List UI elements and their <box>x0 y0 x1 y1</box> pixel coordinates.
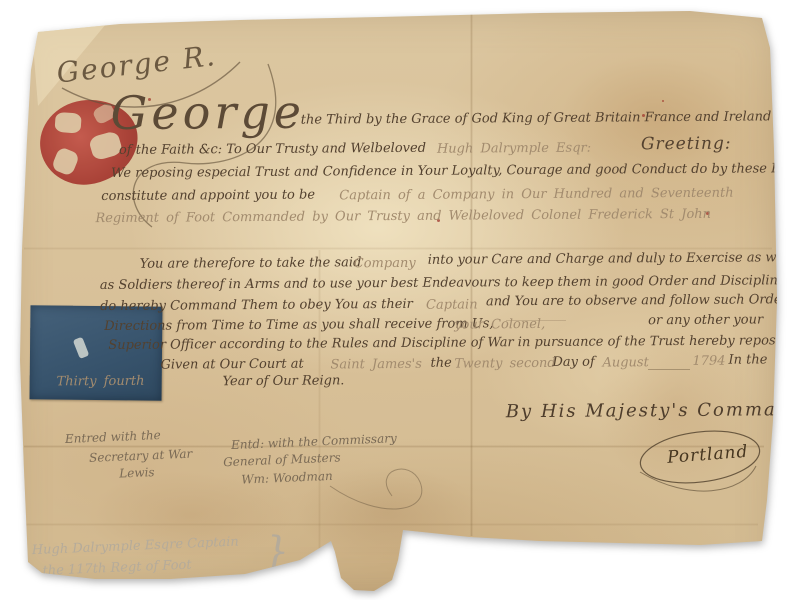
royal-sign-manual: George R. <box>55 39 218 90</box>
dateline-the: the <box>430 356 451 371</box>
document-photo: George R. George the Third by the Grace … <box>0 0 788 600</box>
inserted-grantee-name: Hugh Dalrymple Esqr: <box>437 141 591 157</box>
inserted-day: Twenty second <box>454 356 555 372</box>
body-line-3: We reposing especial Trust and Confidenc… <box>111 161 788 181</box>
war-office-entry-line-1: Entred with the <box>65 428 161 446</box>
body-line-8a: do hereby Command Them to obey You as th… <box>100 297 413 314</box>
body-line-7: as Soldiers thereof in Arms and to use y… <box>100 273 788 293</box>
body-line-9a: Directions from Time to Time as you shal… <box>104 316 493 334</box>
musters-entry-line-1: Entd: with the Commissary <box>231 431 397 452</box>
body-line-9c: or any other your <box>648 312 763 328</box>
inserted-regnal-year: Thirty fourth <box>57 374 145 390</box>
inserted-captain-word: Captain <box>426 297 478 312</box>
parchment-sheet: George R. George the Third by the Grace … <box>0 0 788 600</box>
portland-signature: Portland <box>666 442 749 468</box>
war-office-entry-line-2: Secretary at War <box>89 447 193 465</box>
pencil-docket-line-2: in the 117th Regt of Foot <box>26 558 192 580</box>
body-line-1: the Third by the Grace of God King of Gr… <box>301 109 788 128</box>
greeting-word: Greeting: <box>641 134 732 155</box>
inserted-month: August <box>602 355 648 370</box>
musters-entry-line-2: General of Musters <box>223 450 341 469</box>
body-line-6c: into your Care and Charge and duly to Ex… <box>428 250 788 268</box>
body-line-6a: You are therefore to take the said <box>140 255 362 272</box>
dateline-in-the: In the <box>728 352 767 367</box>
body-line-8c: and You are to observe and follow such O… <box>486 292 788 309</box>
inserted-rank-company: Captain of a Company in Our Hundred and … <box>339 186 733 204</box>
inserted-company-word: Company <box>354 256 416 271</box>
pencil-docket-line-1: Hugh Dalrymple Esqre Captain <box>31 534 239 558</box>
parchment-shadow: George R. George the Third by the Grace … <box>0 0 788 600</box>
body-line-2a: of the Faith &c: To Our Trusty and Welbe… <box>119 141 426 158</box>
handwritten-text-layer: George R. George the Third by the Grace … <box>0 0 788 600</box>
pencil-brace: } <box>264 529 290 575</box>
inserted-year: 1794 <box>692 354 725 369</box>
dateline-given-at: Given at Our Court at <box>160 357 303 373</box>
dateline-day-of: Day of <box>552 355 594 370</box>
by-his-majestys-command: By His Majesty's Command <box>506 399 788 422</box>
inserted-place: Saint James's <box>330 357 422 373</box>
body-line-10: Superior Officer according to the Rules … <box>108 333 788 353</box>
body-line-4a: constitute and appoint you to be <box>101 188 315 204</box>
musters-clerk-signature: Wm: Woodman <box>241 469 333 487</box>
inserted-regiment-line: Regiment of Foot Commanded by Our Trusty… <box>95 207 711 226</box>
inserted-colonel-words: your Colonel, <box>454 317 545 333</box>
dateline-year-of-reign: Year of Our Reign. <box>223 373 345 389</box>
war-office-entry-line-3: Lewis <box>119 465 155 480</box>
opening-word-george: George <box>110 85 305 140</box>
